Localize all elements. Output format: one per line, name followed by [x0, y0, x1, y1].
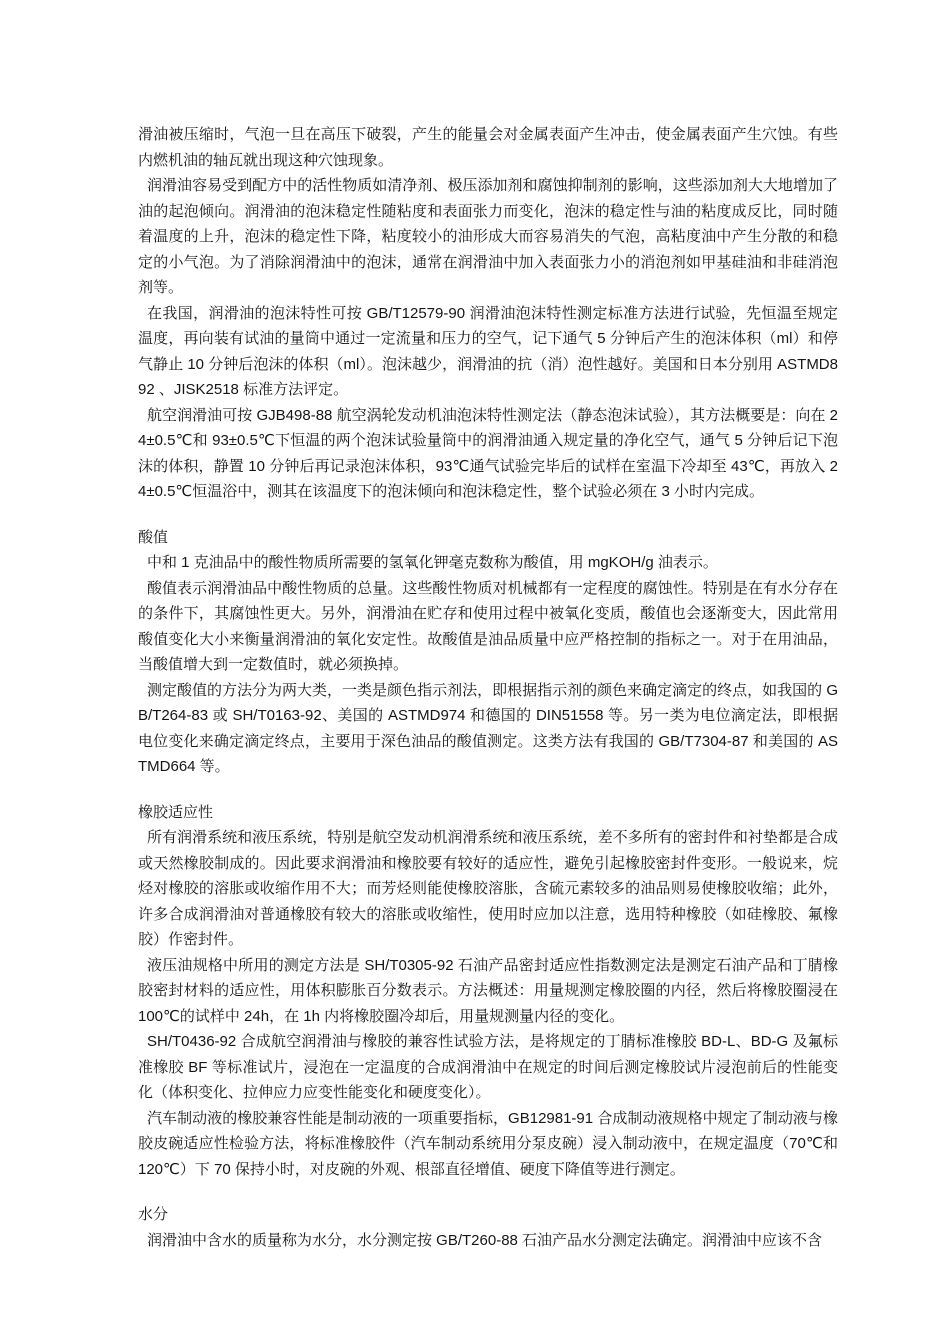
paragraph-cavitation-continuation: 滑油被压缩时，气泡一旦在高压下破裂，产生的能量会对金属表面产生冲击，使金属表面产… — [138, 122, 838, 173]
section-water-content: 水分 润滑油中含水的质量称为水分，水分测定按 GB/T260-88 石油产品水分… — [138, 1202, 838, 1253]
paragraph-acid-value-significance: 酸值表示润滑油品中酸性物质的总量。这些酸性物质对机械都有一定程度的腐蚀性。特别是… — [138, 576, 838, 678]
section-heading-acid-value: 酸值 — [138, 525, 838, 551]
paragraph-sht0436-method: SH/T0436-92 合成航空润滑油与橡胶的兼容性试验方法，是将规定的丁腈标准… — [138, 1029, 838, 1106]
paragraph-water-content-definition: 润滑油中含水的质量称为水分，水分测定按 GB/T260-88 石油产品水分测定法… — [138, 1228, 838, 1254]
paragraph-sht0305-method: 液压油规格中所用的测定方法是 SH/T0305-92 石油产品密封适应性指数测定… — [138, 953, 838, 1030]
paragraph-rubber-seals-overview: 所有润滑系统和液压系统，特别是航空发动机润滑系统和液压系统，差不多所有的密封件和… — [138, 825, 838, 953]
paragraph-acid-value-definition: 中和 1 克油品中的酸性物质所需要的氢氧化钾毫克数称为酸值，用 mgKOH/g … — [138, 550, 838, 576]
section-foam-characteristics-continuation: 滑油被压缩时，气泡一旦在高压下破裂，产生的能量会对金属表面产生冲击，使金属表面产… — [138, 122, 838, 505]
section-acid-value: 酸值 中和 1 克油品中的酸性物质所需要的氢氧化钾毫克数称为酸值，用 mgKOH… — [138, 525, 838, 780]
document-page: 滑油被压缩时，气泡一旦在高压下破裂，产生的能量会对金属表面产生冲击，使金属表面产… — [0, 0, 950, 1344]
paragraph-acid-value-methods: 测定酸值的方法分为两大类，一类是颜色指示剂法，即根据指示剂的颜色来确定滴定的终点… — [138, 678, 838, 780]
section-rubber-compatibility: 橡胶适应性 所有润滑系统和液压系统，特别是航空发动机润滑系统和液压系统，差不多所… — [138, 800, 838, 1183]
paragraph-brake-fluid-gb12981: 汽车制动液的橡胶兼容性能是制动液的一项重要指标，GB12981-91 合成制动液… — [138, 1106, 838, 1183]
section-heading-rubber-compatibility: 橡胶适应性 — [138, 800, 838, 826]
paragraph-foam-tendency: 润滑油容易受到配方中的活性物质如清净剂、极压添加剂和腐蚀抑制剂的影响，这些添加剂… — [138, 173, 838, 301]
section-heading-water-content: 水分 — [138, 1202, 838, 1228]
paragraph-gjb498-aviation-test: 航空润滑油可按 GJB498-88 航空涡轮发动机油泡沫特性测定法（静态泡沫试验… — [138, 403, 838, 505]
paragraph-gbt12579-test-method: 在我国，润滑油的泡沫特性可按 GB/T12579-90 润滑油泡沫特性测定标准方… — [138, 301, 838, 403]
